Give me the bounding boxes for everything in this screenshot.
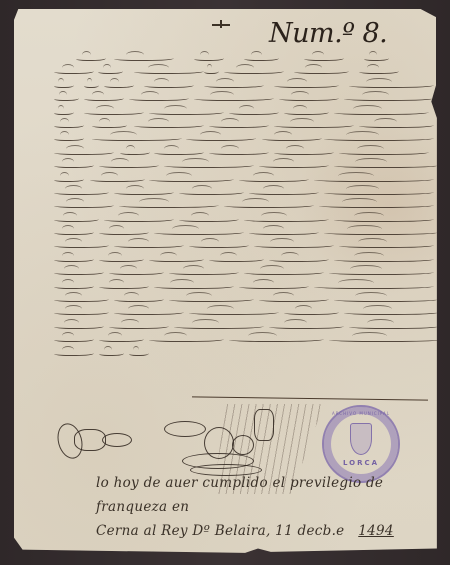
signum-tail-icon <box>102 433 132 447</box>
document-number-heading: Num.º 8. <box>269 18 387 49</box>
handwritten-word <box>174 323 264 329</box>
archival-annotation: lo hoy de auer cumplido el previlegio de… <box>96 471 436 543</box>
handwritten-word <box>274 82 339 88</box>
manuscript-line <box>54 332 439 345</box>
handwritten-word <box>334 216 434 222</box>
manuscript-line <box>54 305 439 318</box>
handwritten-word <box>129 350 149 356</box>
manuscript-line <box>54 158 439 171</box>
handwritten-word <box>104 216 174 222</box>
handwritten-word <box>274 149 334 155</box>
handwritten-word <box>262 135 322 141</box>
handwritten-word <box>359 122 434 128</box>
manuscript-line <box>54 265 439 278</box>
handwritten-word <box>114 242 184 248</box>
handwritten-word <box>274 122 354 128</box>
handwritten-word <box>329 336 444 342</box>
manuscript-line <box>54 212 439 225</box>
handwritten-word <box>114 309 184 315</box>
handwritten-word <box>359 68 399 74</box>
handwritten-word <box>54 82 74 88</box>
handwritten-word <box>98 68 123 74</box>
handwritten-word <box>54 216 99 222</box>
handwritten-word <box>104 82 134 88</box>
handwritten-word <box>204 68 219 74</box>
manuscript-line <box>54 185 439 198</box>
handwritten-word <box>344 309 439 315</box>
handwritten-word <box>229 336 324 342</box>
handwritten-word <box>114 189 174 195</box>
manuscript-line <box>54 118 439 131</box>
handwritten-word <box>54 68 94 74</box>
handwritten-word <box>92 135 182 141</box>
manuscript-line <box>54 319 439 332</box>
handwritten-word <box>99 256 144 262</box>
handwritten-word <box>54 269 104 275</box>
handwritten-word <box>154 283 234 289</box>
handwritten-word <box>259 296 329 302</box>
rubric-knot-icon <box>232 435 254 455</box>
handwritten-word <box>269 323 344 329</box>
handwritten-word <box>120 149 150 155</box>
handwritten-word <box>149 336 224 342</box>
handwritten-word <box>76 55 106 61</box>
handwritten-word <box>92 122 127 128</box>
manuscript-line <box>54 172 439 185</box>
handwritten-word <box>314 283 434 289</box>
manuscript-sheet: Num.º 8. ARCHIVO MUNICIPAL LORCA lo hoy … <box>14 9 442 554</box>
handwritten-word <box>109 323 169 329</box>
handwritten-word <box>54 242 109 248</box>
manuscript-line <box>54 225 439 238</box>
manuscript-line <box>54 51 439 64</box>
closing-rule <box>192 396 428 400</box>
handwritten-word <box>224 202 314 208</box>
handwritten-word <box>224 68 284 74</box>
handwritten-word <box>164 162 254 168</box>
handwritten-word <box>284 109 329 115</box>
handwritten-word <box>334 109 429 115</box>
handwritten-word <box>179 189 244 195</box>
handwritten-word <box>54 135 84 141</box>
handwritten-word <box>194 95 274 101</box>
stamp-top-text: ARCHIVO MUNICIPAL <box>324 411 398 416</box>
handwritten-word <box>54 149 114 155</box>
handwritten-word <box>244 216 329 222</box>
manuscript-line <box>54 131 439 144</box>
handwritten-word <box>194 55 224 61</box>
handwritten-word <box>239 283 309 289</box>
handwritten-word <box>84 82 99 88</box>
handwritten-word <box>54 256 94 262</box>
handwritten-word <box>189 309 279 315</box>
handwritten-word <box>229 109 279 115</box>
manuscript-body <box>54 51 439 359</box>
handwritten-word <box>54 95 79 101</box>
handwritten-word <box>244 269 324 275</box>
handwritten-word <box>54 229 94 235</box>
manuscript-line <box>54 78 439 91</box>
handwritten-word <box>329 269 434 275</box>
handwritten-word <box>99 162 159 168</box>
handwritten-word <box>209 256 264 262</box>
handwritten-word <box>339 242 434 248</box>
handwritten-word <box>149 256 204 262</box>
handwritten-word <box>54 162 94 168</box>
manuscript-line <box>54 292 439 305</box>
handwritten-word <box>99 283 149 289</box>
handwritten-word <box>186 135 256 141</box>
handwritten-word <box>149 176 234 182</box>
handwritten-word <box>334 256 434 262</box>
manuscript-line <box>54 91 439 104</box>
handwritten-word <box>279 95 339 101</box>
handwritten-word <box>149 109 224 115</box>
annotation-year: 1494 <box>358 523 394 539</box>
handwritten-word <box>109 269 164 275</box>
handwritten-word <box>334 296 439 302</box>
handwritten-word <box>179 216 239 222</box>
handwritten-word <box>99 336 144 342</box>
handwritten-word <box>54 309 109 315</box>
handwritten-word <box>54 176 84 182</box>
handwritten-word <box>344 95 434 101</box>
handwritten-word <box>54 296 109 302</box>
handwritten-word <box>84 109 144 115</box>
annotation-line-1: lo hoy de auer cumplido el previlegio de… <box>96 471 436 519</box>
handwritten-word <box>349 82 434 88</box>
handwritten-word <box>54 122 84 128</box>
handwritten-word <box>239 176 309 182</box>
handwritten-word <box>54 202 114 208</box>
handwritten-word <box>90 176 145 182</box>
manuscript-line <box>54 346 439 359</box>
handwritten-word <box>144 82 194 88</box>
handwritten-word <box>209 149 269 155</box>
handwritten-word <box>364 55 389 61</box>
handwritten-word <box>154 149 204 155</box>
handwritten-word <box>54 189 109 195</box>
annotation-line-2: Cerna al Rey Dº Belaira, 11 decb.e 1494 <box>96 519 436 543</box>
handwritten-word <box>169 296 254 302</box>
coat-of-arms-icon <box>350 423 372 455</box>
handwritten-word <box>204 82 264 88</box>
handwritten-word <box>294 68 349 74</box>
handwritten-word <box>114 55 174 61</box>
handwritten-word <box>324 189 434 195</box>
handwritten-word <box>134 68 204 74</box>
handwritten-word <box>324 135 434 141</box>
handwritten-word <box>99 229 149 235</box>
handwritten-word <box>209 122 269 128</box>
handwritten-word <box>54 336 94 342</box>
rubric-loop-icon <box>164 421 206 437</box>
stamp-label: LORCA <box>324 459 398 467</box>
manuscript-line <box>54 252 439 265</box>
manuscript-line <box>54 145 439 158</box>
handwritten-word <box>189 242 249 248</box>
handwritten-word <box>54 323 104 329</box>
handwritten-word <box>249 189 319 195</box>
handwritten-word <box>349 323 439 329</box>
rubric-tail-icon <box>254 409 274 441</box>
handwritten-word <box>84 95 124 101</box>
handwritten-word <box>169 269 239 275</box>
annotation-line-2-text: Cerna al Rey Dº Belaira, 11 decb.e <box>96 523 344 539</box>
manuscript-line <box>54 279 439 292</box>
handwritten-word <box>119 202 219 208</box>
handwritten-word <box>319 202 434 208</box>
handwritten-word <box>244 55 279 61</box>
handwritten-word <box>284 309 339 315</box>
handwritten-word <box>314 176 434 182</box>
manuscript-line <box>54 64 439 77</box>
cross-mark-icon <box>212 24 230 26</box>
handwritten-word <box>154 229 244 235</box>
handwritten-word <box>54 350 94 356</box>
manuscript-line <box>54 105 439 118</box>
handwritten-word <box>54 109 74 115</box>
handwritten-word <box>99 350 124 356</box>
handwritten-word <box>259 162 329 168</box>
handwritten-word <box>249 229 319 235</box>
manuscript-line <box>54 198 439 211</box>
handwritten-word <box>134 122 204 128</box>
manuscript-line <box>54 238 439 251</box>
handwritten-word <box>324 229 439 235</box>
handwritten-word <box>334 162 439 168</box>
handwritten-word <box>129 95 189 101</box>
handwritten-word <box>54 283 94 289</box>
handwritten-word <box>304 55 344 61</box>
handwritten-word <box>254 242 334 248</box>
handwritten-word <box>269 256 329 262</box>
handwritten-word <box>114 296 164 302</box>
handwritten-word <box>339 149 429 155</box>
